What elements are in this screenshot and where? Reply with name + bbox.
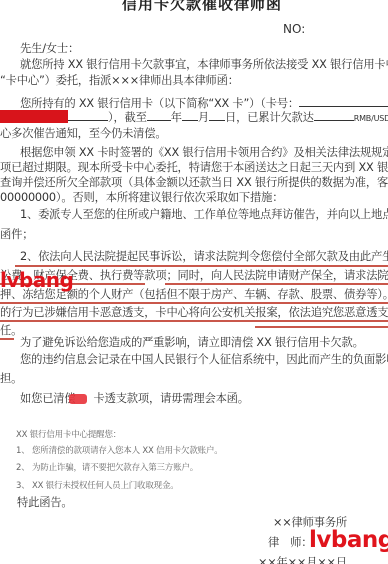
paragraph-line: 担。 <box>0 372 22 386</box>
red-underline <box>165 283 388 285</box>
notes-item: 2、 为防止诈骗，请不要把欠款存入第三方账户。 <box>16 461 198 475</box>
signature-date: ××年××月××日 <box>258 556 347 564</box>
document-number-label: NO: <box>283 22 305 36</box>
watermark-bottom-right: lvbang <box>309 527 388 553</box>
paragraph-line: “卡中心”）委托，指派×××律师出具本律师函： <box>0 74 239 88</box>
paragraph-line: 就您所持 XX 银行信用卡欠款事宜，本律师事务所依法接受 XX 银行信用卡中心（… <box>20 58 388 72</box>
salutation: 先生/女士： <box>20 42 79 56</box>
measure-item-1: 1、委派专人至您的住所或户籍地、工作单位等地点拜访催告，并向以上地点发送相关法律 <box>20 208 388 222</box>
paragraph-line: 如您已清偿卡透支款项，请毋需理会本函。 <box>20 392 249 406</box>
red-underline <box>0 302 388 304</box>
document-title: 信用卡欠款催收律师函 <box>122 0 282 14</box>
watermark-left: lvbang <box>0 268 73 292</box>
redaction-block <box>0 110 68 123</box>
paragraph-line: 您所持有的 XX 银行信用卡（以下简称“XX 卡”）（卡号：/身份证号 <box>20 96 388 111</box>
measure-item-1-cont: 函件； <box>0 228 33 242</box>
paragraph-line: 您的违约信息会记录在中国人民银行个人征信系统中，因此而产生的负面影响由您本人承 <box>20 353 388 367</box>
measure-item-2-cont: 的行为已涉嫌信用卡恶意透支，卡中心将向公安机关报案，依法追究您恶意透支行为的刑事… <box>0 306 388 320</box>
red-underline <box>255 326 388 328</box>
notes-item: 3、 XX 银行未授权任何人员上门收取现金。 <box>16 479 179 493</box>
measure-item-2-cont: 任。 <box>0 324 22 338</box>
amount-blank <box>314 110 354 121</box>
paragraph-line: 查询并偿还所欠全部款项（具体金额以还款当日 XX 银行所提供的数据为准，客服电话… <box>0 176 388 190</box>
card-number-blank <box>299 96 388 107</box>
redaction-blob <box>69 394 87 404</box>
red-underline <box>15 265 388 267</box>
paragraph-line: ），截至年月日，已累计欠款达RMB/USD。经卡中 <box>68 110 388 126</box>
signature-lawyer-label: 律 师： <box>268 536 312 550</box>
measure-item-2: 2、依法向人民法院提起民事诉讼，请求法院判令您偿付全部欠款及由此产生的律师费、诉 <box>20 250 388 264</box>
closing: 特此函告。 <box>17 496 73 510</box>
notes-heading: XX 银行信用卡中心提醒您： <box>16 428 121 442</box>
letter-page: 信用卡欠款催收律师函 NO: 先生/女士： 就您所持 XX 银行信用卡欠款事宜，… <box>0 0 388 564</box>
paragraph-line: 为了避免诉讼给您造成的严重影响，请立即清偿 XX 银行信用卡欠款。 <box>20 336 364 350</box>
paragraph-line: 项已超过期限。现本所受卡中心委托，特请您于本函送达之日起三天内到 XX 银行任意… <box>0 161 388 175</box>
notes-item: 1、 您所清偿的款项请存入您本人 XX 信用卡欠款账户。 <box>16 444 223 458</box>
id-number-blank <box>68 110 108 121</box>
red-underline <box>0 338 14 340</box>
paragraph-line: 00000000）。否则，本所将建议银行依次采取如下措施： <box>0 191 283 205</box>
paragraph-line: 心多次催告通知，至今仍未清偿。 <box>0 127 166 141</box>
red-underline <box>0 320 388 322</box>
paragraph-line: 根据您申领 XX 卡时签署的《XX 银行信用卡领用合约》及相关法律法规规定，您的… <box>20 146 388 160</box>
